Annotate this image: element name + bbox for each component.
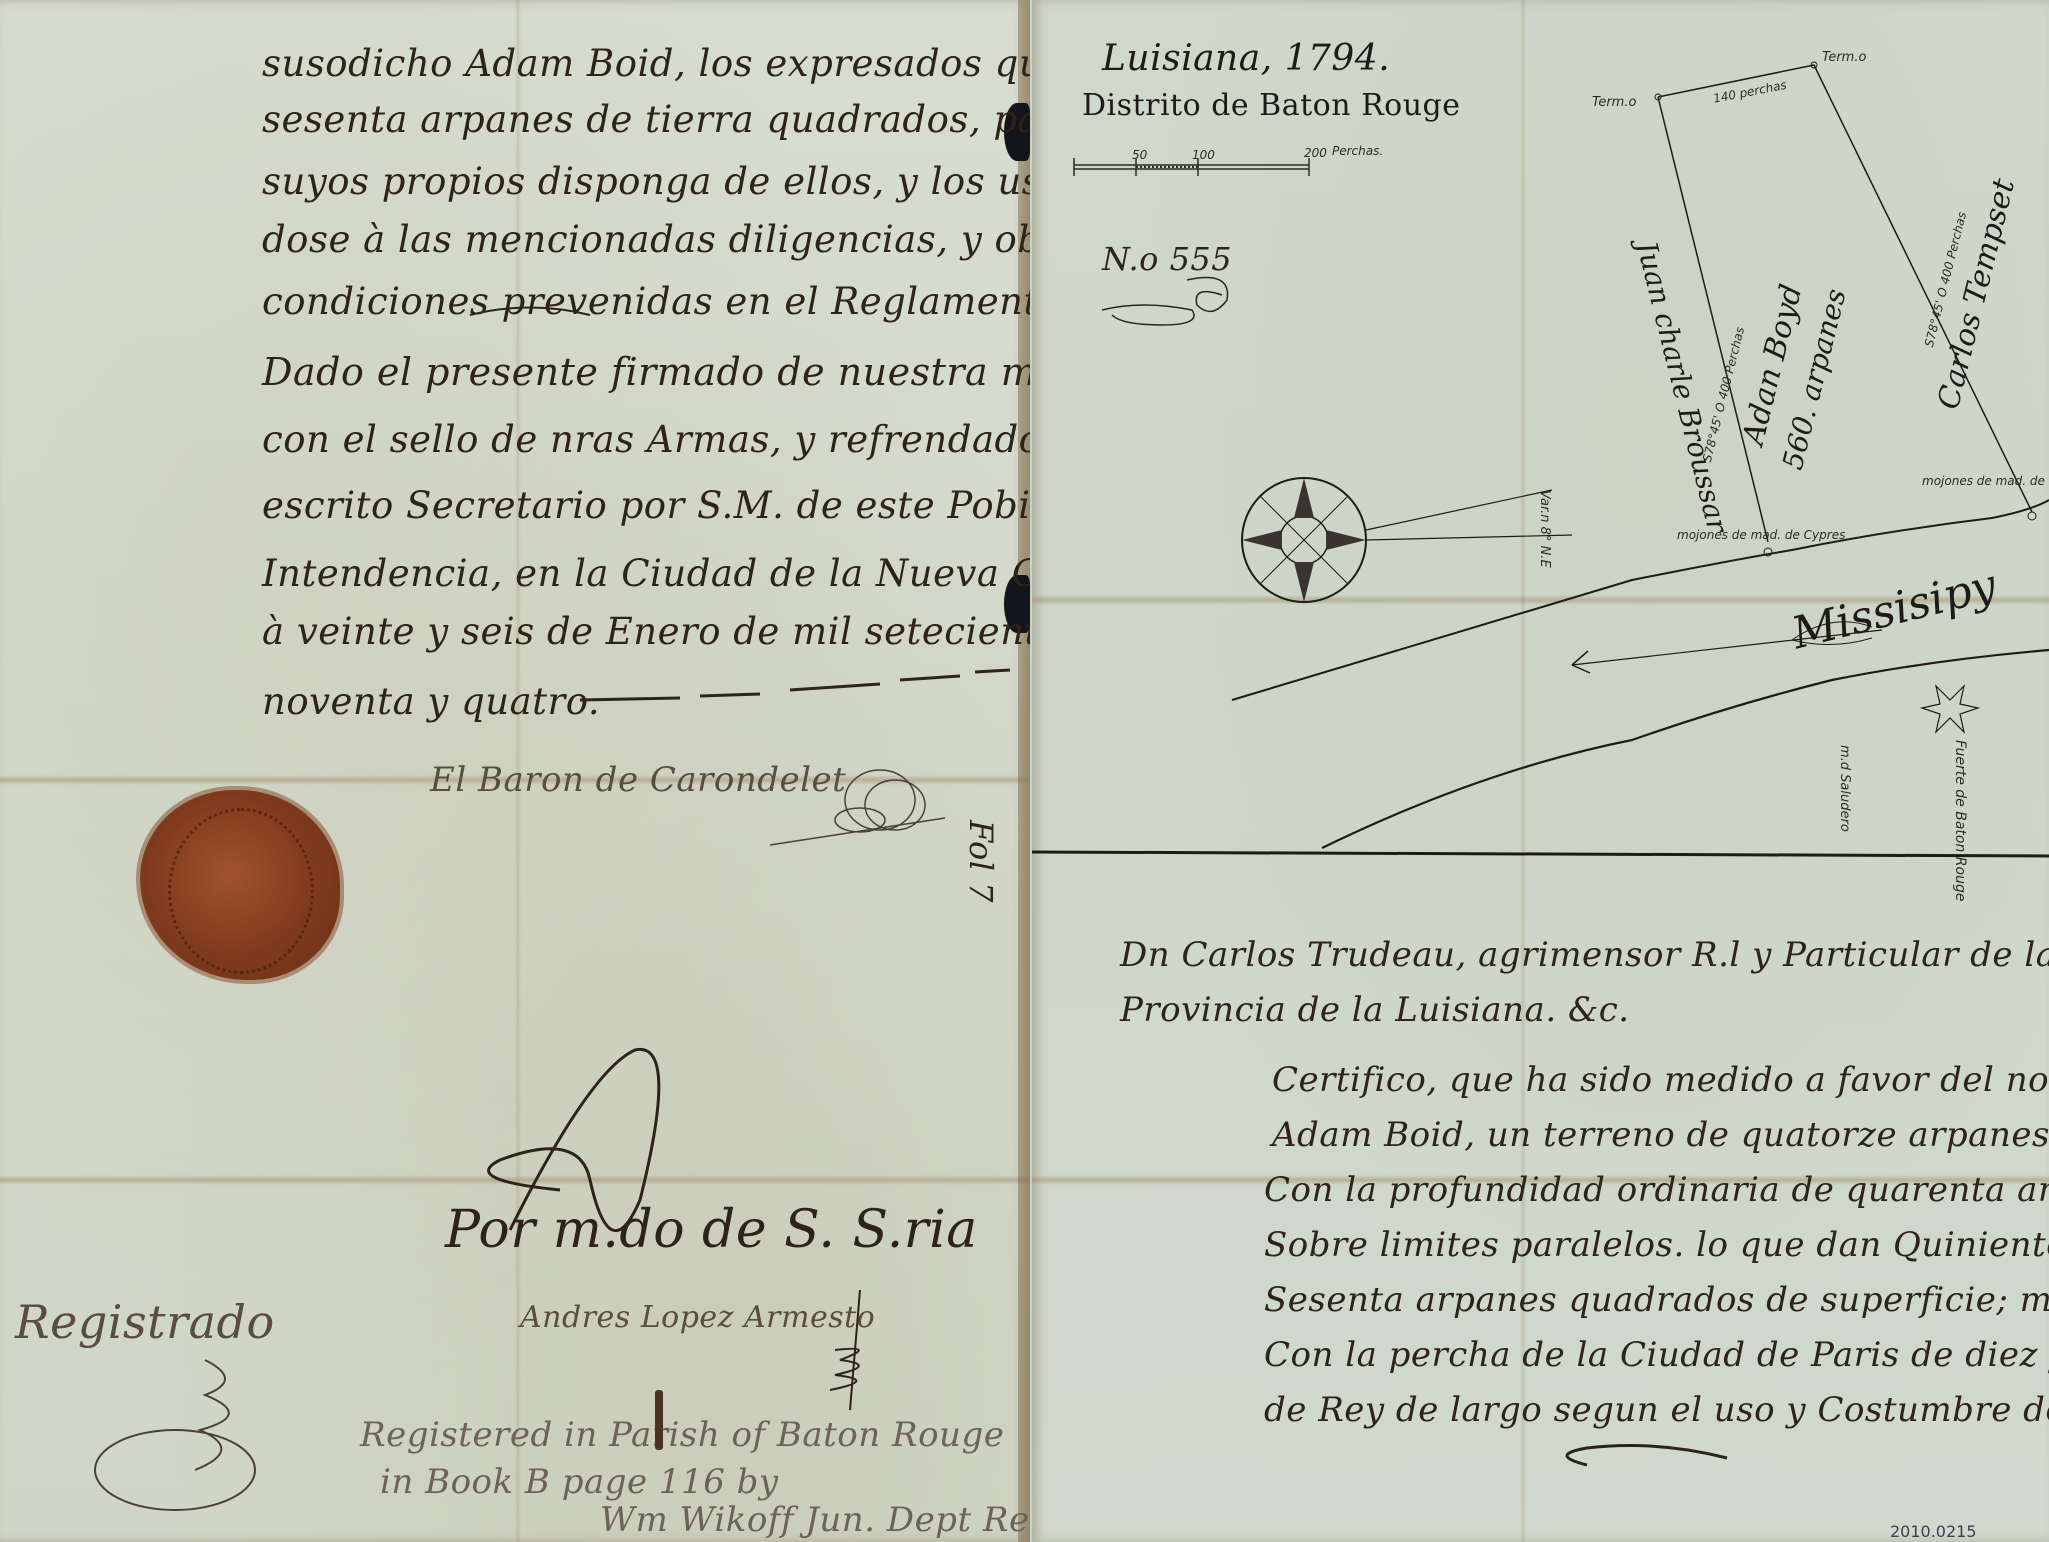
corner-label: Term.o (1592, 95, 1636, 110)
registry-note-line: Wm Wikoff Jun. Dept Register (600, 1500, 1030, 1540)
certificate-line: Provincia de la Luisiana. &c. (1120, 990, 1630, 1030)
certificate-line: Certifico, que ha sido medido a favor de… (1272, 1060, 2049, 1100)
registry-note-line: Registered in Parish of Baton Rouge (360, 1415, 1004, 1455)
certificate-line: Sobre limites paralelos. lo que dan Quin… (1264, 1225, 2049, 1265)
compass-rose-icon (1242, 478, 1572, 602)
boundary-marker-label: mojones de mad. de Cypres (1922, 474, 2049, 488)
secretary-signature-line1: Por m.do de S. S.ria (445, 1200, 978, 1260)
plat-drawing (1032, 0, 2049, 870)
dash-fill-lines (0, 0, 1030, 760)
seal-impression (168, 808, 314, 974)
map-label: m.d Saludero (1837, 745, 1852, 832)
certificate-line: de Rey de largo segun el uso y Costumbre… (1264, 1390, 2049, 1430)
registry-mark: Registrado (15, 1295, 275, 1349)
secretary-flourish (440, 1040, 700, 1300)
certificate-line: Con la profundidad ordinaria de quarenta… (1264, 1170, 2049, 1210)
right-page: Luisiana, 1794. Distrito de Baton Rouge … (1032, 0, 2049, 1542)
boundary-marker-label: mojones de mad. de Cypres (1677, 528, 1845, 542)
fort-icon (1922, 686, 1978, 732)
registry-rubric (75, 1350, 275, 1520)
wax-seal (140, 790, 340, 980)
certificate-line: Adam Boid, un terreno de quatorze arpane… (1272, 1115, 2049, 1155)
registry-note-line: in Book B page 116 by (380, 1462, 779, 1502)
certificate-line: Con la percha de la Ciudad de Paris de d… (1264, 1335, 2049, 1375)
ink-stain (655, 1390, 663, 1450)
marginal-note: Fol 7 (962, 820, 1000, 903)
fort-label: Fuerte de Baton Rouge (1952, 740, 1968, 901)
closing-flourish (1547, 1440, 1747, 1480)
corner-label: Term.o (1822, 50, 1866, 65)
certificate-line: Dn Carlos Trudeau, agrimensor R.l y Part… (1120, 935, 2049, 975)
compass-variation-note: Var.n 8° N.E (1537, 490, 1552, 568)
secretary-rubric (820, 1290, 900, 1420)
left-page: susodicho Adam Boid, los expresados quin… (0, 0, 1030, 1542)
certificate-line: Sesenta arpanes quadrados de superficie;… (1264, 1280, 2049, 1320)
accession-number: 2010.0215 (1890, 1522, 1977, 1541)
